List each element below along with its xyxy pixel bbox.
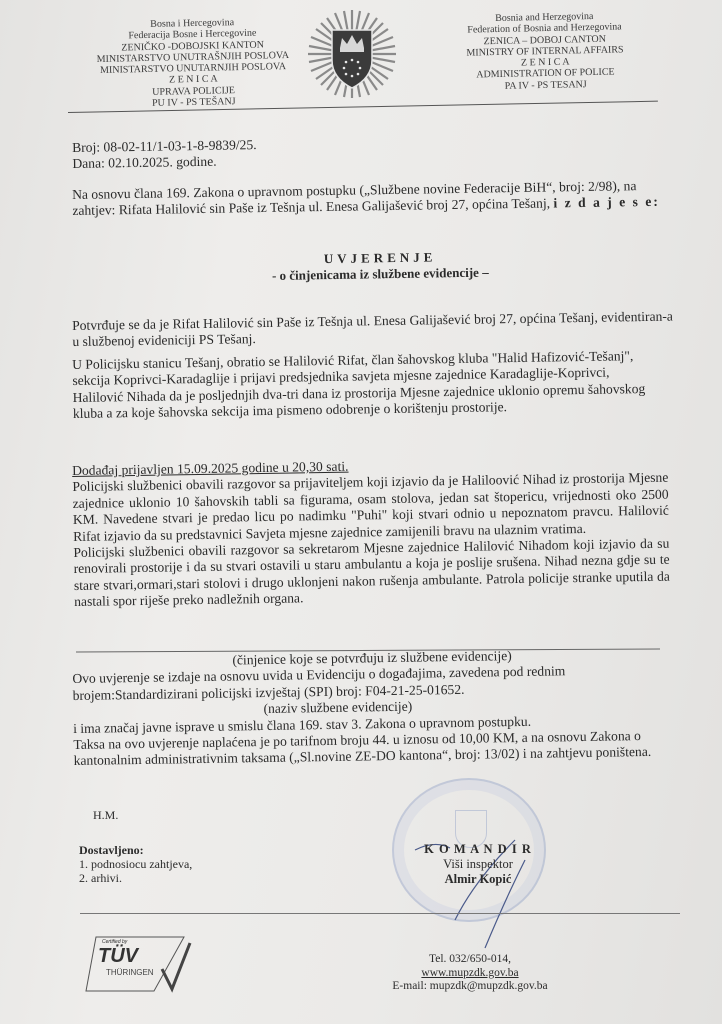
signature-block: K O M A N D I R Viši inspektor Almir Kop… bbox=[418, 842, 538, 887]
header-right-institution: Bosnia and Herzegovina Federation of Bos… bbox=[439, 10, 651, 93]
document-title-block: UVJERENJE - o činjenicama iz službene ev… bbox=[80, 246, 680, 288]
tuv-certification-logo: Certified by TÜV THÜRINGEN bbox=[84, 933, 194, 995]
delivery-item: 1. podnosiocu zahtjeva, bbox=[79, 857, 192, 871]
signatory-name: Almir Kopić bbox=[418, 872, 538, 887]
intro-text: Na osnovu člana 169. Zakona o upravnom p… bbox=[72, 178, 637, 218]
event-statement-reporter: Policijski službenici obavili razgovor s… bbox=[72, 470, 669, 545]
tuv-region: THÜRINGEN bbox=[106, 968, 154, 977]
footer-email[interactable]: E-mail: mupzdk@mupzdk.gov.ba bbox=[370, 980, 570, 994]
document-meta: Broj: 08-02-11/1-03-1-8-9839/25. Dana: 0… bbox=[72, 131, 672, 173]
footer-divider bbox=[80, 913, 680, 914]
police-star-crown-shield-icon bbox=[305, 8, 399, 100]
header-left-institution: Bosna i Hercegovina Federacija Bosne i H… bbox=[87, 16, 299, 111]
delivery-heading: Dostavljeno: bbox=[79, 843, 192, 857]
signatory-rank: Viši inspektor bbox=[418, 857, 538, 872]
signatory-role: K O M A N D I R bbox=[418, 842, 538, 857]
event-statement-secretary: Policijski službenici obavili razgovor s… bbox=[73, 536, 670, 611]
intro-paragraph: Na osnovu člana 169. Zakona o upravnom p… bbox=[72, 178, 668, 220]
tuv-brand: TÜV bbox=[98, 945, 138, 968]
confirmation-paragraph: Potvrđuje se da je Rifat Halilović sin P… bbox=[72, 308, 678, 350]
report-paragraph: U Policijsku stanicu Tešanj, obratio se … bbox=[72, 348, 663, 423]
footer-phone: Tel. 032/650-014, bbox=[370, 953, 570, 967]
delivery-list: Dostavljeno: 1. podnosiocu zahtjeva, 2. … bbox=[79, 843, 192, 885]
delivery-item: 2. arhivi. bbox=[79, 871, 192, 885]
event-section: Dodađaj prijavljen 15.09.2025 godine u 2… bbox=[72, 454, 670, 611]
contact-footer: Tel. 032/650-014, www.mupzdk.gov.ba E-ma… bbox=[370, 953, 570, 994]
basis-section: (činjenice koje se potvrđuju iz službene… bbox=[72, 646, 674, 770]
footer-website-link[interactable]: www.mupzdk.gov.ba bbox=[370, 967, 570, 981]
initials: H.M. bbox=[93, 808, 118, 822]
intro-emphasis: i z d a j e s e: bbox=[553, 194, 660, 211]
